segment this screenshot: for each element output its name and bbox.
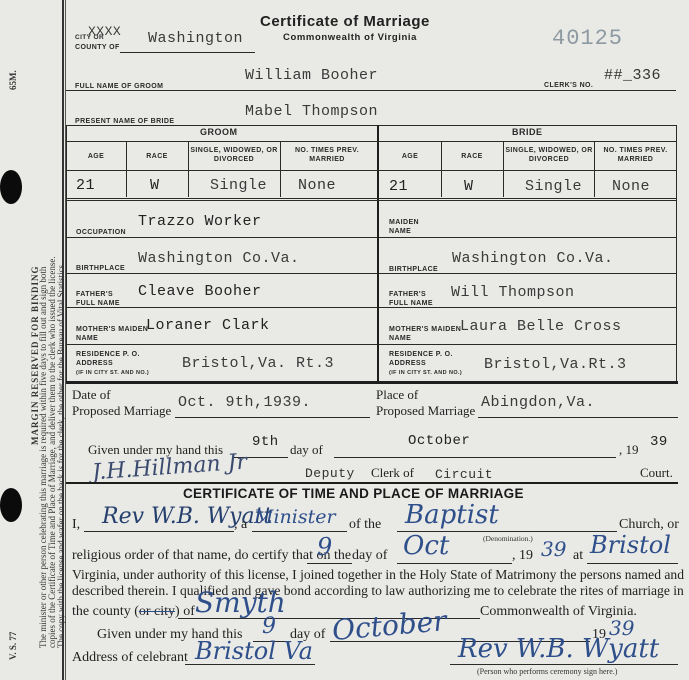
cert2-at-label: at: [573, 548, 583, 564]
bride-father-label: Father's Full Name: [389, 290, 439, 308]
date-proposed-underline: [175, 417, 370, 418]
signature-caption: (Person who performs ceremony sign here.…: [477, 667, 617, 676]
row-rule: [379, 307, 676, 308]
ceremony-month-underline: [397, 563, 512, 564]
certificate-title-text: Certificate of Marriage: [260, 13, 430, 30]
bride-mother-value: Laura Belle Cross: [460, 318, 622, 335]
groom-col-age: Age: [66, 152, 126, 161]
cert2-year-prefix: , 19: [512, 548, 533, 564]
ceremony-place-value: Bristol: [590, 531, 671, 559]
bride-residence-value: Bristol,Va.Rt.3: [484, 356, 627, 373]
ceremony-month-value: Oct: [403, 531, 449, 561]
col-divider: [280, 141, 281, 197]
table-right-border: [676, 125, 677, 383]
license-year-prefix: , 19: [619, 442, 639, 458]
bride-times-married: None: [612, 178, 650, 195]
heading-rule: [66, 141, 676, 142]
clerk-no-value: ##_336: [604, 67, 661, 84]
date-proposed-value: Oct. 9th,1939.: [178, 394, 311, 411]
groom-age: 21: [76, 177, 95, 194]
denomination-value: Baptist: [405, 500, 499, 530]
bride-col-age: Age: [379, 152, 441, 161]
groom-residence-sublabel: (If in city st. and no.): [76, 369, 149, 378]
county-value: Washington: [148, 30, 243, 47]
bride-residence-sublabel: (If in city st. and no.): [389, 369, 462, 378]
row-rule: [66, 273, 377, 274]
cert2-line2-prefix: religious order of that name, do certify…: [72, 548, 351, 564]
form-number: V. S. 77: [8, 632, 18, 660]
groom-times-married: None: [298, 177, 336, 194]
clerk-no-label: Clerk's No.: [544, 81, 593, 90]
date-proposed-label-1: Date of: [72, 387, 111, 403]
groom-name-rule: [66, 90, 676, 91]
license-day-of: day of: [290, 442, 323, 458]
cert2-line4: described therein. I qualified and gave …: [72, 583, 684, 599]
denomination-caption: (Denomination.): [483, 534, 533, 543]
col-divider: [503, 141, 504, 197]
row-rule: [379, 344, 676, 345]
groom-birthplace-value: Washington Co.Va.: [138, 250, 300, 267]
col-divider: [594, 141, 595, 197]
address-celebrant-value: Bristol Va: [195, 637, 313, 665]
groom-heading: GROOM: [200, 128, 238, 137]
county-prefix: the county (or city) of: [72, 604, 195, 620]
groom-residence-value: Bristol,Va. Rt.3: [182, 355, 334, 372]
column-header-rule: [66, 170, 676, 171]
ceremony-day-value: 9: [317, 533, 332, 561]
place-proposed-label-1: Place of: [376, 387, 418, 403]
bride-col-prev-married: No. Times Prev. Married: [595, 146, 676, 164]
groom-birthplace-label: Birthplace: [76, 264, 125, 273]
groom-race: W: [150, 177, 160, 194]
ceremony-year-value: 39: [541, 537, 566, 561]
bride-birthplace-value: Washington Co.Va.: [452, 250, 614, 267]
certificate2-title: CERTIFICATE OF TIME AND PLACE OF MARRIAG…: [183, 486, 524, 501]
county-struck-text: or city: [139, 604, 175, 619]
bride-maiden-name-label: Maiden Name: [389, 218, 429, 236]
instruction-line-3: The copy with the license and wafer on t…: [56, 263, 66, 648]
role-underline: [252, 531, 347, 532]
groom-residence-label: Residence P. O. Address: [76, 350, 161, 368]
clerk-of-label: Clerk of: [371, 465, 414, 481]
table-bottom-rule: [66, 381, 678, 384]
form-code: 65M.: [8, 70, 18, 90]
court-value: Circuit: [435, 467, 493, 482]
cert2-i-label: I,: [72, 517, 80, 533]
bride-mother-label: Mother's Maiden Name: [389, 325, 464, 343]
groom-occupation-value: Trazzo Worker: [138, 213, 262, 230]
groom-col-race: Race: [126, 152, 188, 161]
bride-name-rule: [66, 125, 676, 126]
row-rule: [66, 344, 377, 345]
bride-name-value: Mabel Thompson: [245, 103, 378, 120]
county-suffix-text: ) of: [175, 604, 195, 619]
officiant-signature: Rev W.B. Wyatt: [458, 634, 659, 664]
punch-hole-bottom: [0, 488, 22, 522]
address-celebrant-label: Address of celebrant: [72, 650, 188, 666]
row-rule: [379, 273, 676, 274]
values-rule: [66, 198, 676, 199]
county-underline: [120, 52, 255, 53]
signature-underline: [450, 664, 678, 665]
ceremony-day-underline: [307, 563, 352, 564]
county-of-label: County of: [75, 43, 120, 52]
certificate-subtitle: Commonwealth of Virginia: [283, 32, 417, 43]
col-divider: [126, 141, 127, 197]
bride-col-status: Single, Widowed, or Divorced: [503, 146, 595, 164]
groom-mother-value: Loraner Clark: [146, 317, 270, 334]
groom-father-value: Cleave Booher: [138, 283, 262, 300]
officiant-role-value: Minister: [254, 506, 336, 528]
groom-mother-label: Mother's Maiden Name: [76, 325, 151, 343]
bride-heading: BRIDE: [512, 128, 543, 137]
values-rule-double: [66, 200, 676, 201]
groom-col-status: Single, Widowed, or Divorced: [189, 146, 279, 164]
groom-father-label: Father's Full Name: [76, 290, 126, 308]
groom-marital-status: Single: [210, 177, 267, 194]
cert2-day-of: day of: [352, 548, 387, 564]
given-day-value: 9: [262, 614, 276, 639]
punch-hole-top: [0, 170, 22, 204]
bride-residence-label: Residence P. O. Address: [389, 350, 474, 368]
cert2-of-the: of the: [349, 517, 381, 533]
license-month-underline: [334, 457, 616, 458]
col-divider: [188, 141, 189, 197]
binding-margin: 65M. V. S. 77 MARGIN RESERVED FOR BINDIN…: [0, 0, 66, 680]
county-prefix-text: the county (: [72, 604, 139, 619]
deputy-value: Deputy: [305, 466, 355, 481]
place-proposed-label-2: Proposed Marriage: [376, 403, 475, 419]
court-label: Court.: [640, 465, 673, 481]
groom-occupation-label: Occupation: [76, 228, 126, 237]
license-month-value: October: [408, 433, 470, 449]
row-rule: [379, 237, 676, 238]
bride-col-race: Race: [441, 152, 503, 161]
certificate-title: Certificate of Marriage: [260, 13, 430, 30]
date-proposed-label-2: Proposed Marriage: [72, 403, 171, 419]
row-rule: [66, 237, 377, 238]
license-year-value: 39: [650, 434, 668, 450]
groom-name-value: William Booher: [245, 67, 378, 84]
city-struck-value: XXXX: [88, 24, 121, 39]
col-divider: [441, 141, 442, 197]
bride-marital-status: Single: [525, 178, 582, 195]
marriage-certificate: 65M. V. S. 77 MARGIN RESERVED FOR BINDIN…: [0, 0, 689, 680]
groom-col-prev-married: No. Times Prev. Married: [281, 146, 373, 164]
license-section-rule: [66, 482, 678, 484]
bride-age: 21: [389, 178, 408, 195]
bride-race: W: [464, 178, 474, 195]
officiant-underline: [84, 531, 234, 532]
cert2-line3: Virginia, under authority of this licens…: [72, 567, 684, 583]
bride-father-value: Will Thompson: [451, 284, 575, 301]
ceremony-place-underline: [587, 563, 678, 564]
address-underline: [185, 664, 315, 665]
cert2-a-label: , a: [234, 517, 247, 533]
certificate-number: 40125: [552, 26, 623, 51]
license-day-value: 9th: [252, 434, 279, 450]
place-proposed-value: Abingdon,Va.: [481, 394, 595, 411]
place-proposed-underline: [478, 417, 678, 418]
row-rule: [66, 307, 377, 308]
